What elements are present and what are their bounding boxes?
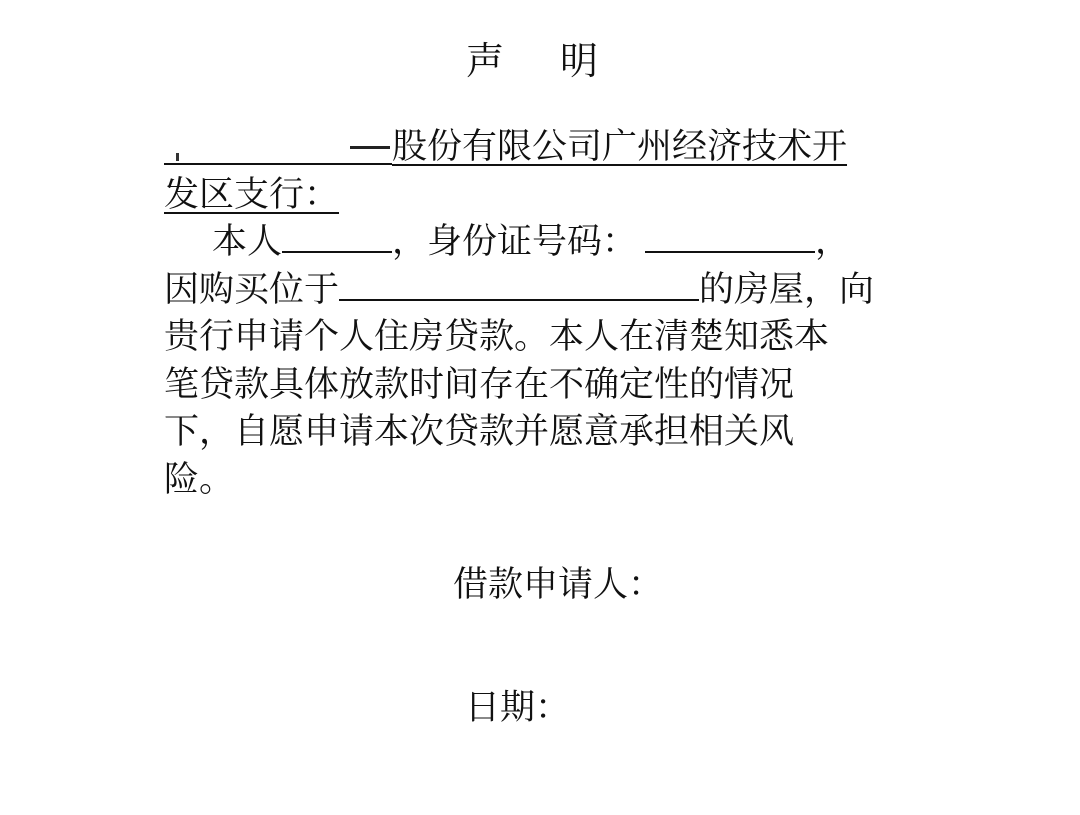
redacted-bank-name [164,127,392,165]
addressee-bank-branch: 股份有限公司广州经济技术开 [392,127,847,167]
body-line-3: 贵行申请个人住房贷款。本人在清楚知悉本 [164,314,924,362]
addressee-line-1: 股份有限公司广州经济技术开 [164,124,924,172]
addressee-branch-suffix: 发区支行： [164,175,339,215]
body-line-5: 下，自愿申请本次贷款并愿意承担相关风 [164,409,924,457]
date-label: 日期： [465,685,570,732]
body-line-6: 险。 [164,457,924,505]
document-title: 声 明 [0,36,1080,86]
redaction-artifact [350,146,390,149]
body-line-2: 因购买位于的房屋，向 [164,267,924,315]
label-id-number: ，身份证号码： [392,222,637,262]
label-property-location: 因购买位于 [164,270,339,310]
redaction-artifact [176,153,179,161]
name-field[interactable] [282,221,392,253]
body-line-1: 本人，身份证号码：， [164,219,924,267]
label-self: 本人 [212,222,282,262]
statement-body: 股份有限公司广州经济技术开 发区支行： 本人，身份证号码：， 因购买位于的房屋，… [164,124,924,504]
id-number-field[interactable] [645,221,815,253]
body-line-4: 笔贷款具体放款时间存在不确定性的情况 [164,362,924,410]
applicant-signature-label: 借款申请人： [453,562,663,609]
property-location-field[interactable] [339,269,699,301]
text-property-suffix: 的房屋，向 [699,270,874,310]
comma: ， [815,222,850,262]
addressee-line-2: 发区支行： [164,172,924,220]
